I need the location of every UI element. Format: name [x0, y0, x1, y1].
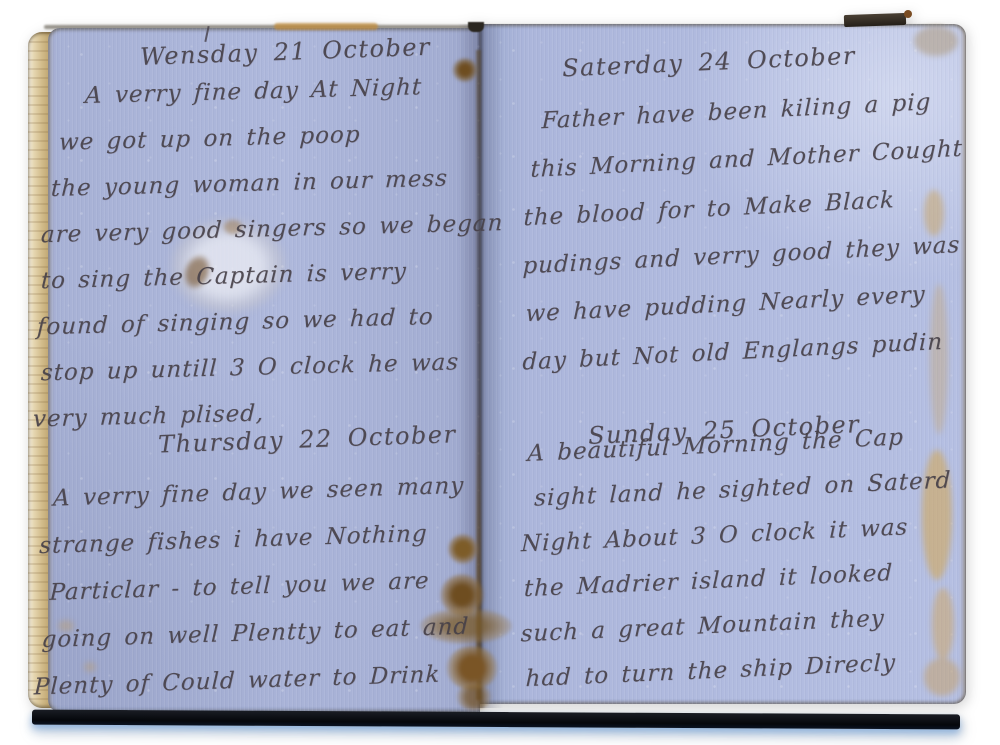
open-diary: Wensday 21 October A verry fine day At N… [28, 22, 964, 718]
diary-photo: Wensday 21 October A verry fine day At N… [0, 0, 1000, 745]
entry-body-thursday-22-october: A verry fine day we seen many strange fi… [33, 462, 475, 711]
binding-dot [904, 10, 912, 18]
entry-body-wednesday-21-october: A verry fine day At Night we got up on t… [32, 62, 510, 443]
corner-wear-top-right [914, 26, 958, 56]
binding-tab [844, 13, 906, 27]
entry-body-sunday-25-october: A beautiful Morning the Cap sight land h… [517, 413, 953, 702]
binding-notch [468, 22, 484, 32]
entry-body-saturday-24-october: Father have been kiling a pig this Morni… [520, 77, 964, 387]
book-cover-bottom [32, 710, 960, 730]
stain-top-edge [274, 23, 378, 30]
